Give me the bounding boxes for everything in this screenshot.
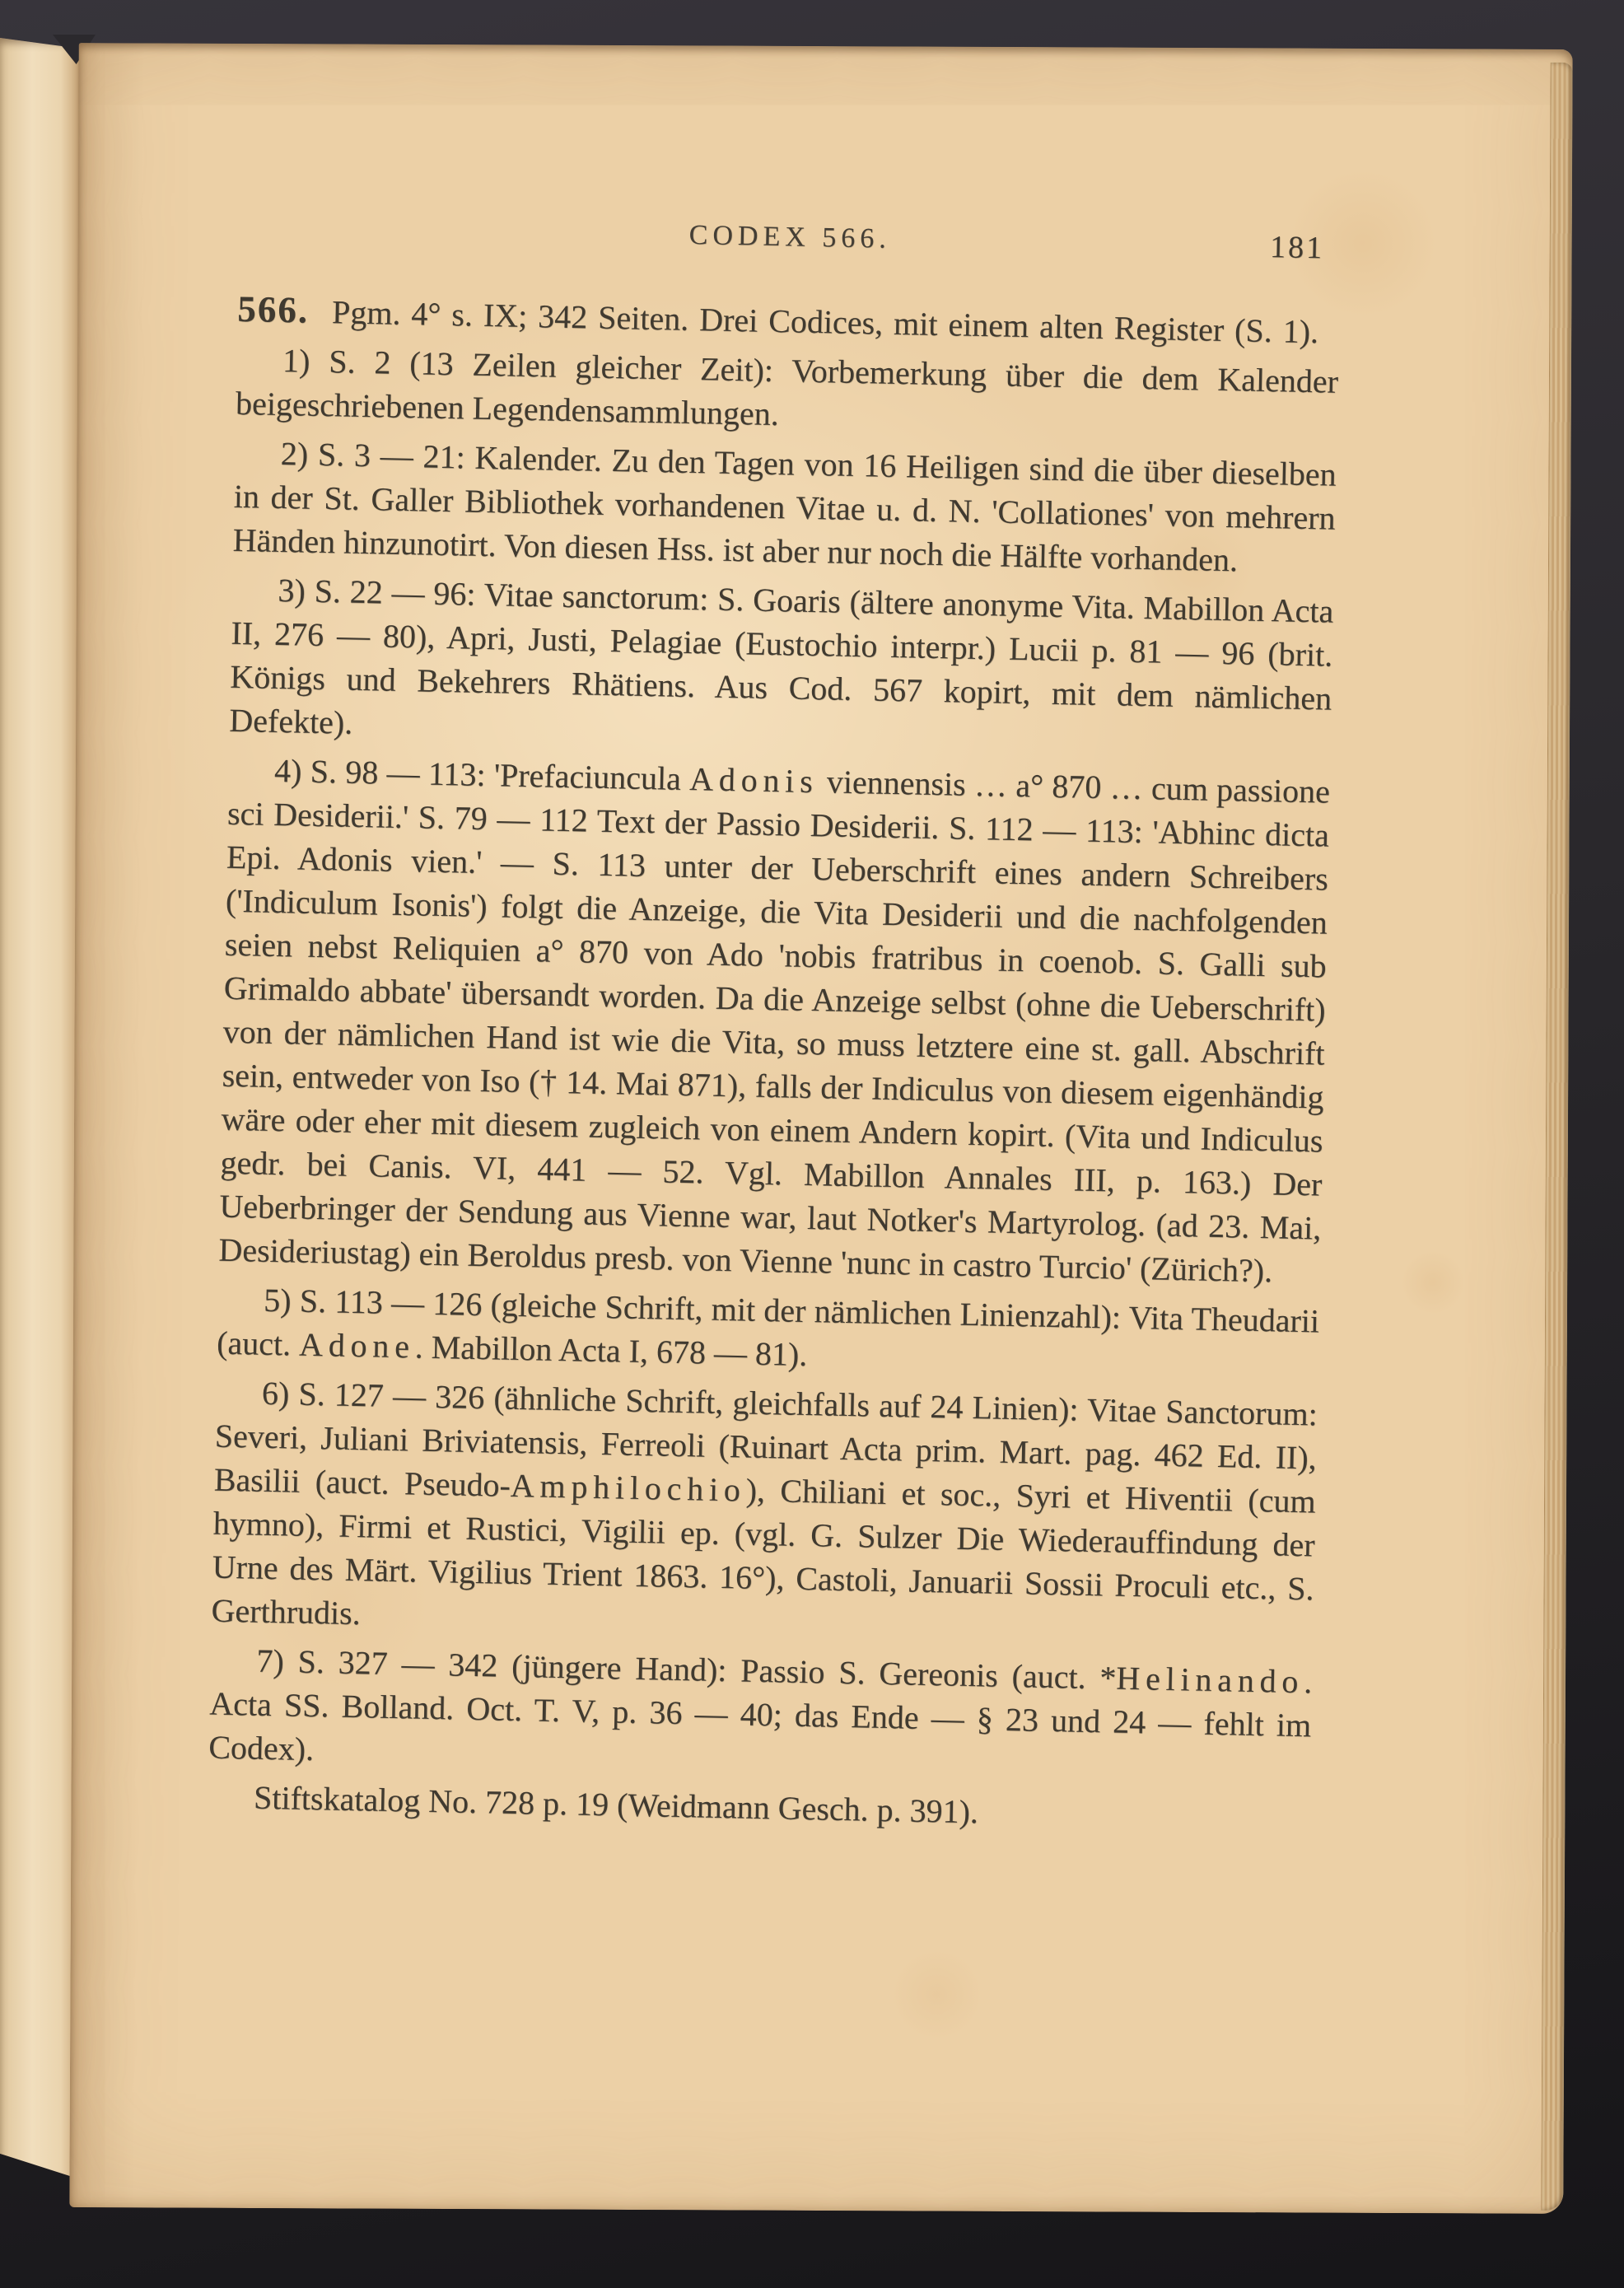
text-run: . Mabillon Acta I, 678 — 81).: [414, 1328, 807, 1373]
header-title: CODEX 566.: [239, 208, 1342, 267]
entry-paragraph: 6) S. 127 — 326 (ähnliche Schrift, gleic…: [211, 1370, 1318, 1655]
left-page-edge: [0, 38, 81, 2192]
page-content: CODEX 566. 181 566.Pgm. 4° s. IX; 342 Se…: [208, 208, 1342, 1840]
text-run: 4) S. 98 — 113: 'Prefaciuncula: [274, 752, 690, 797]
entry-paragraph: 3) S. 22 — 96: Vitae sanctorum: S. Goari…: [229, 567, 1334, 764]
letterspaced-name: Adonis: [689, 760, 819, 800]
catalog-entry: 566.Pgm. 4° s. IX; 342 Seiten. Drei Codi…: [208, 287, 1340, 1840]
text-run: 1) S. 2 (13 Zeilen gleicher Zeit): Vorbe…: [236, 342, 1339, 432]
text-run: viennensis … a° 870 … cum passione sci D…: [218, 763, 1330, 1289]
page-stack-edge: [1541, 63, 1572, 2211]
entry-paragraph: 1) S. 2 (13 Zeilen gleicher Zeit): Vorbe…: [236, 338, 1339, 447]
entry-paragraph: 7) S. 327 — 342 (jüngere Hand): Passio S…: [208, 1638, 1313, 1791]
entry-paragraph: 2) S. 3 — 21: Kalender. Zu den Tagen von…: [232, 431, 1337, 584]
letterspaced-name: Adone: [299, 1326, 416, 1366]
entry-paragraphs: 1) S. 2 (13 Zeilen gleicher Zeit): Vorbe…: [208, 338, 1339, 1791]
text-run: 3) S. 22 — 96: Vitae sanctorum: S. Goari…: [229, 572, 1334, 741]
book-scan: CODEX 566. 181 566.Pgm. 4° s. IX; 342 Se…: [0, 0, 1624, 2288]
letterspaced-name: Amphilochio: [510, 1467, 746, 1509]
page-number: 181: [1270, 229, 1325, 266]
entry-number: 566.: [237, 288, 333, 331]
entry-paragraph: 4) S. 98 — 113: 'Prefaciuncula Adonis vi…: [218, 748, 1330, 1294]
book-page: CODEX 566. 181 566.Pgm. 4° s. IX; 342 Se…: [69, 43, 1572, 2214]
text-run: 2) S. 3 — 21: Kalender. Zu den Tagen von…: [232, 435, 1337, 578]
entry-paragraph: 5) S. 113 — 126 (gleiche Schrift, mit de…: [217, 1277, 1320, 1387]
letterspaced-name: Helinando: [1116, 1660, 1304, 1701]
